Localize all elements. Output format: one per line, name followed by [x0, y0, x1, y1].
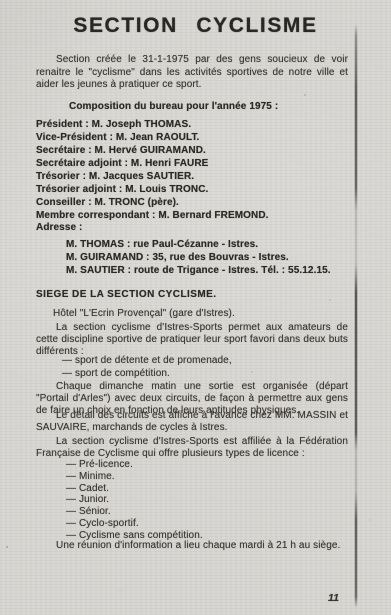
adresse-thomas: M. THOMAS : rue Paul-Cézanne - Istres. — [36, 238, 348, 251]
licence-cadet: — Cadet. — [36, 483, 348, 495]
licence-junior: — Junior. — [36, 494, 348, 506]
adresse-guiramand: M. GUIRAMAND : 35, rue des Bouvras - Ist… — [36, 251, 348, 264]
scan-artifact-line — [355, 24, 357, 608]
adresse-list: M. THOMAS : rue Paul-Cézanne - Istres. M… — [36, 238, 348, 278]
affiliation-paragraph: La section cyclisme d'Istres-Sports est … — [36, 436, 348, 460]
licence-senior: — Sénior. — [36, 506, 348, 518]
intro-paragraph: Section créée le 31-1-1975 par des gens … — [36, 54, 348, 92]
bureau-member-correspondant: Membre correspondant : M. Bernard FREMON… — [36, 209, 348, 222]
bureau-member-tresorier: Trésorier : M. Jacques SAUTIER. — [36, 170, 348, 183]
siege-hotel-line: Hôtel "L'Ecrin Provençal" (gare d'Istres… — [36, 308, 348, 321]
licence-cyclo-sportif: — Cyclo-sportif. — [36, 518, 348, 530]
licence-list: — Pré-licence. — Minime. — Cadet. — Juni… — [36, 459, 348, 542]
adresse-heading: Adresse : — [36, 222, 348, 235]
bureau-heading: Composition du bureau pour l'année 1975 … — [36, 101, 348, 114]
bureau-member-tresorier-adjoint: Trésorier adjoint : M. Louis TRONC. — [36, 183, 348, 196]
document-page: SECTION CYCLISME Section créée le 31-1-1… — [0, 0, 391, 615]
bureau-member-secretaire-adjoint: Secrétaire adjoint : M. Henri FAURE — [36, 157, 348, 170]
bureau-member-list: Président : M. Joseph THOMAS. Vice-Prési… — [36, 118, 348, 222]
bureau-member-conseiller: Conseiller : M. TRONC (père). — [36, 196, 348, 209]
bureau-member-secretaire: Secrétaire : M. Hervé GUIRAMAND. — [36, 144, 348, 157]
licence-pre-licence: — Pré-licence. — [36, 459, 348, 471]
but-detente: — sport de détente et de promenade, — [36, 354, 348, 367]
but-competition: — sport de compétition. — [36, 367, 348, 380]
detail-circuits-paragraph: Le détail des circuits est affiché à l'a… — [36, 410, 348, 434]
bureau-member-president: Président : M. Joseph THOMAS. — [36, 118, 348, 131]
reunion-paragraph: Une réunion d'information a lieu chaque … — [36, 540, 348, 553]
page-title: SECTION CYCLISME — [0, 14, 391, 38]
bureau-member-vice-president: Vice-Président : M. Jean RAOULT. — [36, 131, 348, 144]
licence-minime: — Minime. — [36, 471, 348, 483]
adresse-sautier: M. SAUTIER : route de Trigance - Istres.… — [36, 264, 348, 277]
page-number: 11 — [328, 592, 358, 605]
siege-heading: SIEGE DE LA SECTION CYCLISME. — [36, 289, 348, 302]
buts-list: — sport de détente et de promenade, — sp… — [36, 354, 348, 380]
